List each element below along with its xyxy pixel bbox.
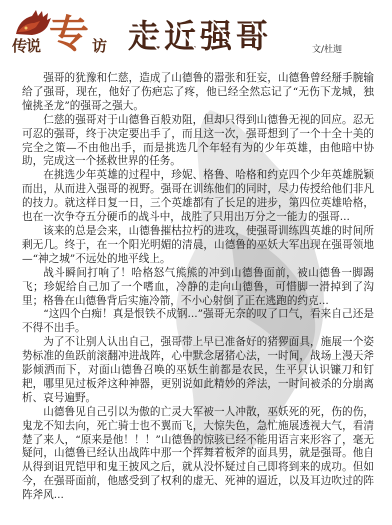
logo-big-character: 专 — [49, 12, 89, 56]
article-paragraph: 战斗瞬间打响了！哈格怒气熊熊的冲到山德鲁面前，被山德鲁一脚踢飞；珍妮给自己加了一… — [22, 267, 374, 309]
author-byline: 文/杜迦 — [312, 42, 342, 55]
article-paragraph: 山德鲁见自己引以为傲的亡灵大军被一人冲散，巫妖死的死，伤的伤，鬼龙不知去向，死亡… — [22, 406, 374, 503]
article-paragraph: 该来的总是会来，山德鲁摧枯拉朽的进攻，使强哥训练四英雄的时间所剩无几。终于，在一… — [22, 225, 374, 267]
logo-prefix: 传说 — [12, 35, 40, 56]
article-header: 传说 专 访 走近强哥 文/杜迦 — [0, 0, 392, 62]
article-paragraph: 在挑选少年英雄的过程中，珍妮、格鲁、哈格和约克四个少年英雄脱颖而出，从而进入强哥… — [22, 169, 374, 225]
article-paragraph: 为了不让别人认出自己，强哥带上早已准备好的猪猡面具，施展一个姿势标准的鱼跃前滚翻… — [22, 336, 374, 406]
column-logo: 传说 专 访 — [8, 8, 110, 58]
article-body: 强哥的犹豫和仁慈，造成了山德鲁的嚣张和狂妄，山德鲁曾经掰手腕输给了强哥，现在，他… — [22, 72, 374, 503]
logo-suffix: 访 — [92, 35, 106, 56]
page-title: 走近强哥 — [128, 16, 272, 56]
article-paragraph: “这四个白痴！真是恨铁不成钢...”强哥无奈的叹了口气，看来自己还是不得不出手。 — [22, 308, 374, 336]
article-paragraph: 强哥的犹豫和仁慈，造成了山德鲁的嚣张和狂妄，山德鲁曾经掰手腕输给了强哥，现在，他… — [22, 72, 374, 114]
article-paragraph: 仁慈的强哥对于山德鲁百般劝阻，但却只得到山德鲁无视的回应。忍无可忍的强哥，终于决… — [22, 114, 374, 170]
